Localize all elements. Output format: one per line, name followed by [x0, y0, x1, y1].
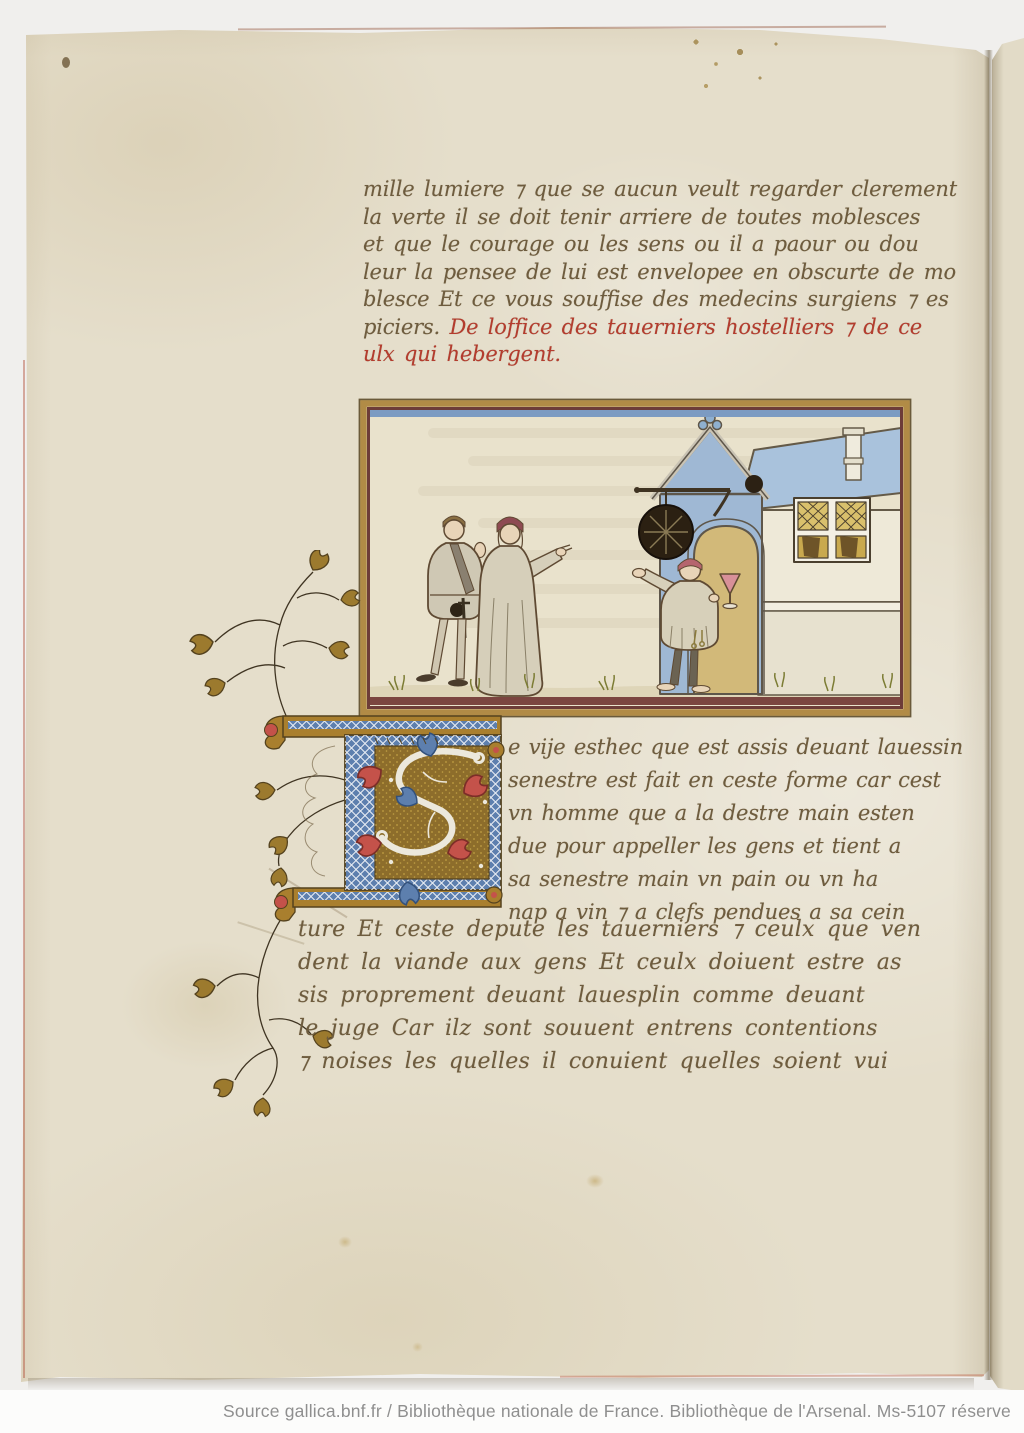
text-line: e vije esthec que est assis deuant laues…	[508, 731, 963, 764]
rubric-heading: ulx qui hebergent.	[363, 341, 957, 369]
upper-text-block: mille lumiere ⁊ que se aucun veult regar…	[363, 176, 957, 369]
lower-wall	[758, 611, 902, 695]
text-line: mille lumiere ⁊ que se aucun veult regar…	[363, 176, 957, 204]
ivy-spray-middle	[255, 776, 345, 887]
tunic	[661, 581, 718, 650]
footer-credit: Source gallica.bnf.fr / Bibliothèque nat…	[223, 1401, 1011, 1422]
digitized-manuscript-scan: mille lumiere ⁊ que se aucun veult regar…	[0, 0, 1024, 1433]
text-line: ture Et ceste depute les tauerniers ⁊ ce…	[298, 913, 921, 946]
text-line: et que le courage ou les sens ou il a pa…	[363, 231, 957, 259]
page-bottom-shadow	[28, 1378, 974, 1390]
book-gutter	[984, 50, 993, 1380]
text-line: sa senestre main vn pain ou vn ha	[508, 863, 963, 896]
lattice-window	[794, 498, 870, 562]
text-run-black: piciers.	[363, 315, 449, 339]
text-line: sis proprement deuant lauesplin comme de…	[298, 979, 921, 1012]
adjacent-page-edge	[990, 0, 1024, 1433]
text-line: dent la viande aux gens Et ceulx doiuent…	[298, 946, 921, 979]
text-line-mixed: piciers. De loffice des tauerniers hoste…	[363, 314, 957, 342]
text-line: vn homme que a la destre main esten	[508, 797, 963, 830]
red-stained-edge-left	[23, 360, 25, 1378]
chimney	[843, 428, 864, 480]
text-line: leur la pensee de lui est envelopee en o…	[363, 259, 957, 287]
hand	[633, 569, 646, 578]
wall-ledge	[752, 602, 902, 611]
text-line: le juge Car ilz sont souuent entrens con…	[298, 1012, 921, 1045]
footer-bar: Source gallica.bnf.fr / Bibliothèque nat…	[0, 1390, 1024, 1433]
text-line: blesce Et ce vous souffise des medecins …	[363, 286, 957, 314]
text-line: la verte il se doit tenir arriere de tou…	[363, 204, 957, 232]
gable-hole	[745, 475, 763, 493]
ivy-spray-upper	[189, 550, 360, 722]
body-text-full-width: ture Et ceste depute les tauerniers ⁊ ce…	[298, 913, 921, 1078]
inn-house	[652, 413, 902, 695]
body-text-beside-initial: e vije esthec que est assis deuant laues…	[508, 731, 963, 929]
text-line: senestre est fait en ceste forme car ces…	[508, 764, 963, 797]
initial-letter-L	[265, 716, 505, 921]
text-line: ⁊ noises les quelles il conuient quelles…	[298, 1045, 921, 1078]
text-line: due pour appeller les gens et tient a	[508, 830, 963, 863]
rubric-heading: De loffice des tauerniers hostelliers ⁊ …	[449, 315, 922, 339]
